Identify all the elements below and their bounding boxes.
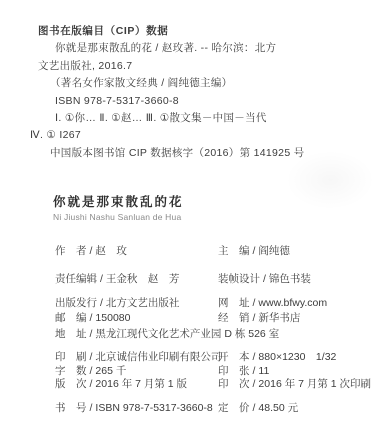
- field-printer: 印 刷/北京诚信伟业印刷有限公司: [55, 351, 218, 364]
- field-book-number: 书 号/ISBN 978-7-5317-3660-8: [55, 402, 218, 415]
- colophon-row: 出版发行/北方文艺出版社 网 址/www.bfwy.com: [55, 297, 365, 310]
- field-separator: /: [97, 273, 106, 285]
- field-impression: 印 次/2016 年 7 月第 1 次印刷: [218, 378, 371, 391]
- field-label: 版 次: [55, 378, 87, 390]
- field-label: 地 址: [55, 328, 87, 340]
- field-label: 经 销: [218, 312, 250, 324]
- colophon-row: 版 次/2016 年 7 月第 1 版 印 次/2016 年 7 月第 1 次印…: [55, 378, 365, 391]
- field-value: 2016 年 7 月第 1 版: [95, 378, 187, 390]
- field-word-count: 字 数/265 千: [55, 365, 218, 378]
- cip-class-number-line: Ⅳ. ① I267: [30, 127, 360, 144]
- field-label: 装帧设计: [218, 273, 260, 285]
- field-label: 网 址: [218, 297, 250, 309]
- field-postcode: 邮 编/150080: [55, 312, 218, 325]
- field-label: 书 号: [55, 402, 87, 414]
- field-publisher: 出版发行/北方文艺出版社: [55, 297, 218, 310]
- book-title-pinyin: Ni Jiushi Nashu Sanluan de Hua: [53, 212, 184, 222]
- field-separator: /: [97, 297, 106, 309]
- field-value: 11: [258, 365, 269, 377]
- cip-heading: 图书在版编目（CIP）数据: [30, 23, 360, 40]
- field-label: 开 本: [218, 351, 250, 363]
- field-value: 锦色书装: [269, 273, 311, 285]
- colophon-row: 邮 编/150080 经 销/新华书店: [55, 312, 365, 325]
- field-label: 印 次: [218, 378, 250, 390]
- copyright-page: 图书在版编目（CIP）数据 你就是那束散乱的花 / 赵玫著. -- 哈尔滨：北方…: [0, 0, 375, 437]
- field-format: 开 本/880×1230 1/32: [218, 351, 365, 364]
- field-label: 印 刷: [55, 351, 87, 363]
- field-price: 定 价/48.50 元: [218, 402, 365, 415]
- field-label: 字 数: [55, 365, 87, 377]
- field-value: 48.50 元: [258, 402, 298, 414]
- field-distribution: 经 销/新华书店: [218, 312, 365, 325]
- field-printed-sheets: 印 张/11: [218, 365, 365, 378]
- cip-isbn-line: ISBN 978-7-5317-3660-8: [30, 93, 360, 110]
- field-value: 阎纯德: [258, 245, 290, 257]
- field-value: 王金秋 赵 芳: [106, 273, 180, 285]
- field-separator: /: [260, 273, 269, 285]
- colophon: 作 者/赵 玫 主 编/阎纯德 责任编辑/王金秋 赵 芳 装帧设计/锦色书装 出…: [55, 245, 365, 415]
- field-label: 邮 编: [55, 312, 87, 324]
- colophon-row: 作 者/赵 玫 主 编/阎纯德: [55, 245, 365, 258]
- field-value: 北京诚信伟业印刷有限公司: [95, 351, 221, 363]
- book-title: 你就是那束散乱的花: [53, 192, 184, 210]
- field-value: 黑龙江现代文化艺术产业园 D 栋 526 室: [95, 328, 279, 340]
- field-value: www.bfwy.com: [258, 297, 327, 309]
- field-value: 880×1230 1/32: [258, 351, 336, 363]
- colophon-row: 书 号/ISBN 978-7-5317-3660-8 定 价/48.50 元: [55, 402, 365, 415]
- field-edition: 版 次/2016 年 7 月第 1 版: [55, 378, 218, 391]
- cip-record-number-line: 中国版本图书馆 CIP 数据核字（2016）第 141925 号: [30, 145, 360, 162]
- field-value: 北方文艺出版社: [106, 297, 180, 309]
- field-address: 地 址/黑龙江现代文化艺术产业园 D 栋 526 室: [55, 328, 218, 341]
- colophon-row: 印 刷/北京诚信伟业印刷有限公司 开 本/880×1230 1/32: [55, 351, 365, 364]
- field-value: 新华书店: [258, 312, 300, 324]
- field-label: 作 者: [55, 245, 87, 257]
- field-chief-editor: 主 编/阎纯德: [218, 245, 365, 258]
- cip-series-line: （著名女作家散文经典 / 阎纯德主编）: [30, 75, 360, 92]
- cip-title-author-line: 你就是那束散乱的花 / 赵玫著. -- 哈尔滨：北方: [30, 40, 360, 57]
- field-label: 印 张: [218, 365, 250, 377]
- field-value: ISBN 978-7-5317-3660-8: [95, 402, 212, 414]
- field-responsible-editor: 责任编辑/王金秋 赵 芳: [55, 273, 218, 286]
- cip-classification-line: Ⅰ. ①你… Ⅱ. ①赵… Ⅲ. ①散文集－中国－当代: [30, 110, 360, 127]
- cip-publisher-line: 文艺出版社, 2016.7: [30, 58, 360, 75]
- field-label: 定 价: [218, 402, 250, 414]
- field-website: 网 址/www.bfwy.com: [218, 297, 365, 310]
- field-author: 作 者/赵 玫: [55, 245, 218, 258]
- field-label: 主 编: [218, 245, 250, 257]
- field-label: 责任编辑: [55, 273, 97, 285]
- field-binding-design: 装帧设计/锦色书装: [218, 273, 365, 286]
- field-value: 2016 年 7 月第 1 次印刷: [258, 378, 371, 390]
- cip-block: 图书在版编目（CIP）数据 你就是那束散乱的花 / 赵玫著. -- 哈尔滨：北方…: [30, 23, 360, 162]
- title-block: 你就是那束散乱的花 Ni Jiushi Nashu Sanluan de Hua: [53, 192, 184, 222]
- field-value: 赵 玫: [95, 245, 127, 257]
- colophon-row: 地 址/黑龙江现代文化艺术产业园 D 栋 526 室: [55, 328, 365, 341]
- field-value: 150080: [95, 312, 130, 324]
- colophon-row: 责任编辑/王金秋 赵 芳 装帧设计/锦色书装: [55, 273, 365, 286]
- colophon-row: 字 数/265 千 印 张/11: [55, 365, 365, 378]
- field-label: 出版发行: [55, 297, 97, 309]
- field-value: 265 千: [95, 365, 126, 377]
